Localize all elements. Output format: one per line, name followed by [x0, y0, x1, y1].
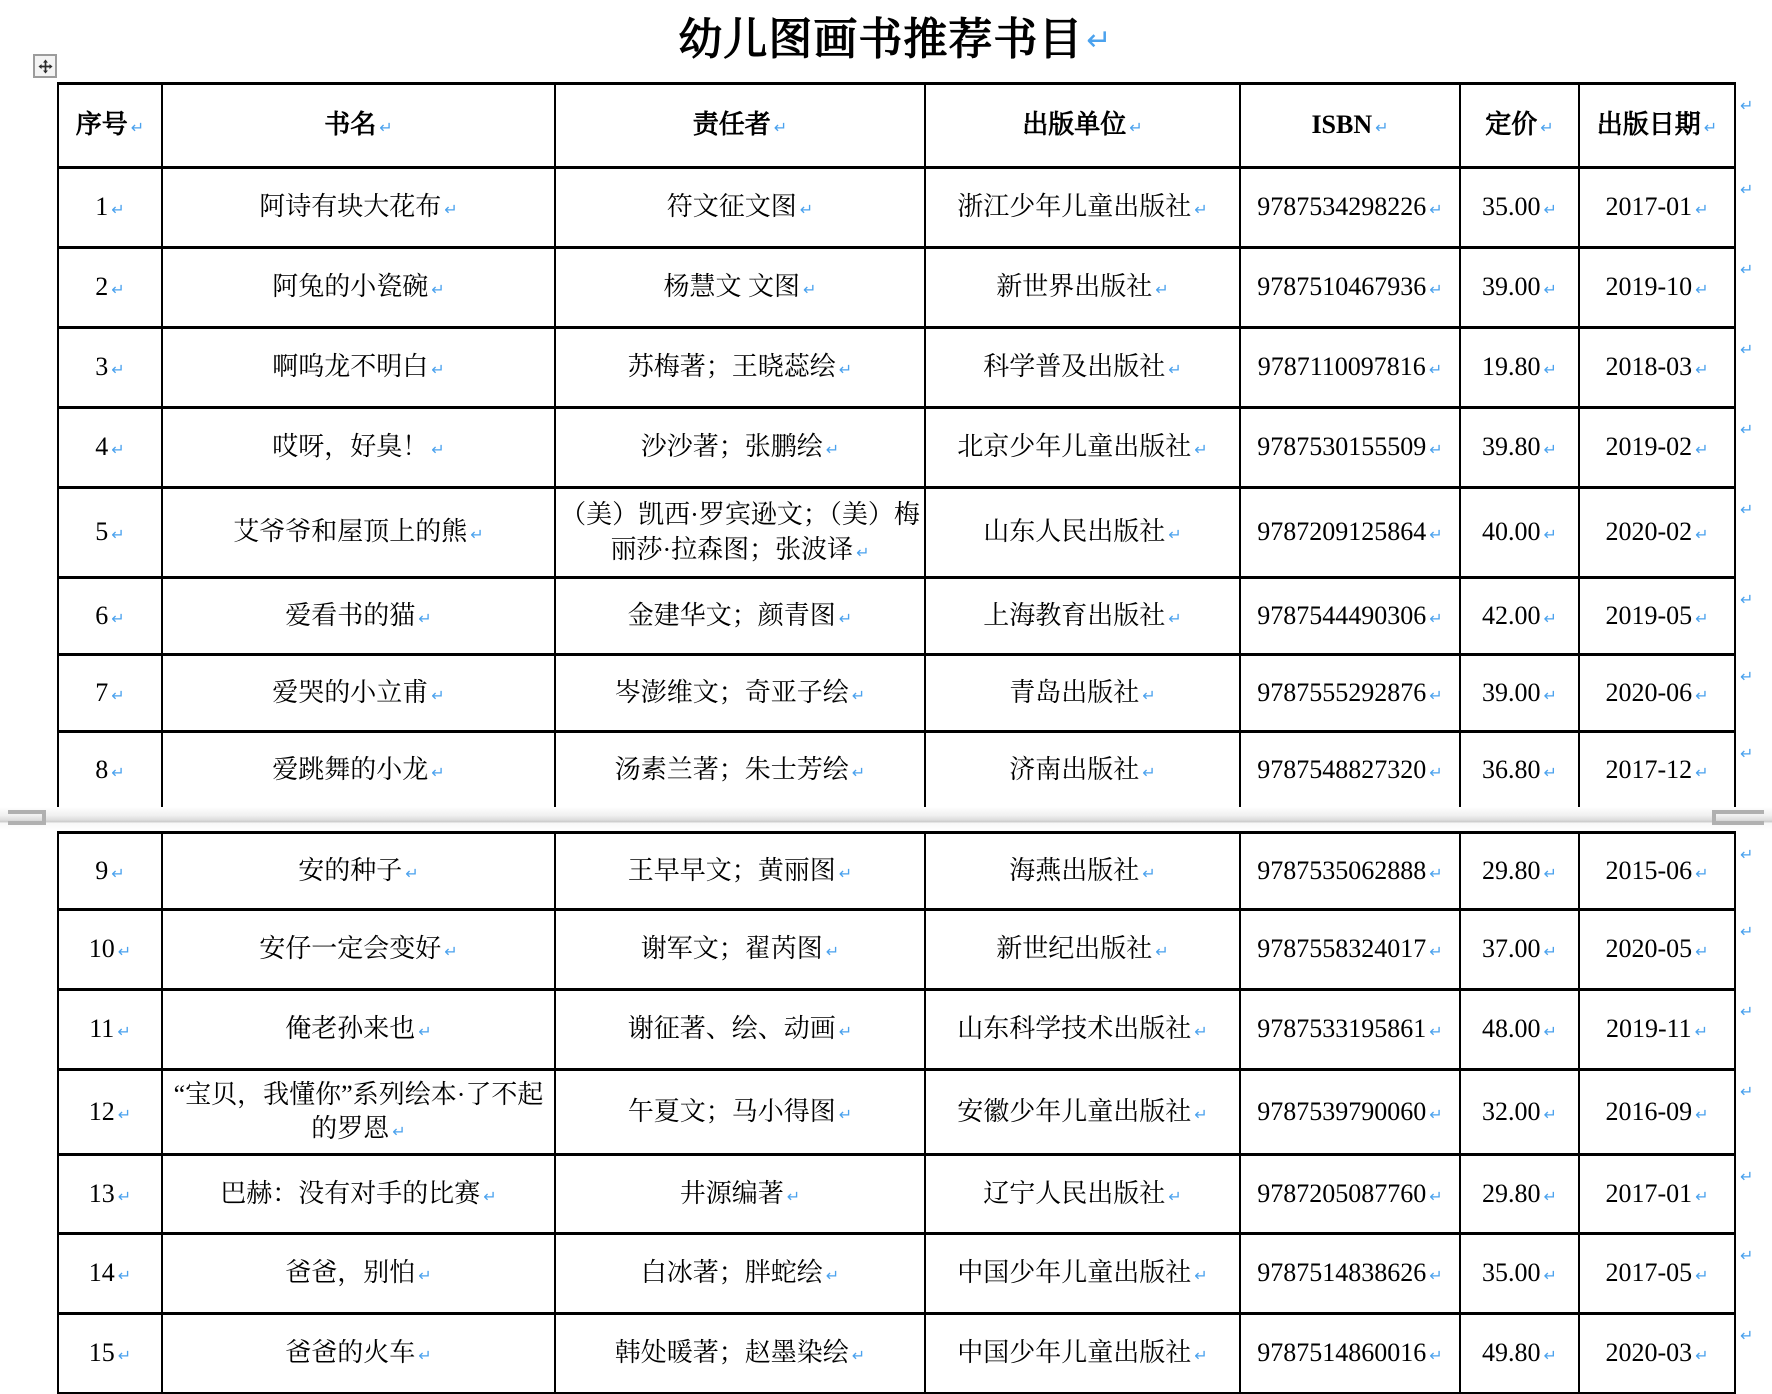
cell-text: 爸爸的火车: [285, 1338, 415, 1367]
paragraph-mark-icon: ↵: [1194, 1105, 1207, 1124]
paragraph-mark-icon: ↵: [111, 360, 124, 379]
paragraph-mark-icon: ↵: [405, 864, 418, 883]
paragraph-mark-icon: ↵: [1429, 525, 1442, 544]
cell-text: 山东人民出版社: [983, 517, 1165, 546]
cell-r8-isbn[interactable]: 9787548827320↵: [1240, 732, 1460, 809]
cell-r10-isbn[interactable]: 9787558324017↵: [1240, 910, 1460, 990]
cell-text: 9787110097816: [1258, 352, 1426, 381]
cell-r11-date[interactable]: 2019-11↵: [1579, 990, 1735, 1070]
cell-r4-publisher[interactable]: 北京少年儿童出版社↵: [925, 408, 1240, 488]
cell-text: 39.00: [1482, 678, 1541, 707]
cell-r5-price[interactable]: 40.00↵: [1460, 488, 1579, 578]
cell-r13-title[interactable]: 巴赫：没有对手的比赛↵: [162, 1155, 555, 1234]
cell-r1-isbn[interactable]: 9787534298226↵: [1240, 168, 1460, 248]
paragraph-mark-icon: ↵: [839, 360, 852, 379]
cell-text: 5: [95, 517, 108, 546]
cell-r6-title[interactable]: 爱看书的猫↵: [162, 578, 555, 655]
cell-r8-author[interactable]: 汤素兰著；朱士芳绘↵: [555, 732, 925, 809]
paragraph-mark-icon: ↵: [1540, 118, 1553, 137]
cell-text: 29.80: [1482, 1179, 1541, 1208]
cell-text: 9787558324017: [1257, 934, 1426, 963]
paragraph-mark-icon: ↵: [1194, 1022, 1207, 1041]
paragraph-mark-icon: ↵: [1695, 280, 1708, 299]
cell-r11-no[interactable]: 11↵: [58, 990, 162, 1070]
cell-r7-author[interactable]: 岑澎维文；奇亚子绘↵: [555, 655, 925, 732]
cell-text: 9787510467936: [1257, 272, 1426, 301]
cell-text: 安仔一定会变好: [259, 934, 441, 963]
page-break-right-corner-icon: [1712, 810, 1764, 825]
cell-text: 32.00: [1482, 1097, 1541, 1126]
cell-text: 9787514860016: [1257, 1338, 1426, 1367]
cell-text: 王早早文；黄丽图: [628, 856, 836, 885]
cell-r6-publisher[interactable]: 上海教育出版社↵: [925, 578, 1240, 655]
cell-r13-isbn[interactable]: 9787205087760↵: [1240, 1155, 1460, 1234]
end-of-row-mark-icon: ↵: [1740, 1326, 1753, 1345]
cell-r6-price[interactable]: 42.00↵: [1460, 578, 1579, 655]
paragraph-mark-icon: ↵: [1429, 200, 1442, 219]
cell-r1-publisher[interactable]: 浙江少年儿童出版社↵: [925, 168, 1240, 248]
cell-text: 9787530155509: [1257, 432, 1426, 461]
paragraph-mark-icon: ↵: [1429, 440, 1442, 459]
cell-r14-author[interactable]: 白冰著；胖蛇绘↵: [555, 1234, 925, 1314]
cell-text: 35.00: [1482, 192, 1541, 221]
cell-r3-isbn[interactable]: 9787110097816↵: [1240, 328, 1460, 408]
cell-text: 金建华文；颜青图: [628, 601, 836, 630]
paragraph-mark-icon: ↵: [1695, 1346, 1708, 1365]
cell-r6-no[interactable]: 6↵: [58, 578, 162, 655]
cell-r3-publisher[interactable]: 科学普及出版社↵: [925, 328, 1240, 408]
cell-text: 1: [95, 192, 108, 221]
cell-r12-date[interactable]: 2016-09↵: [1579, 1070, 1735, 1155]
table-row: 10↵安仔一定会变好↵谢军文；翟芮图↵新世纪出版社↵9787558324017↵…: [58, 910, 1735, 990]
cell-r15-title[interactable]: 爸爸的火车↵: [162, 1314, 555, 1394]
end-of-row-mark-icon: ↵: [1740, 744, 1753, 763]
cell-r9-title[interactable]: 安的种子↵: [162, 833, 555, 910]
paragraph-mark-icon: ↵: [1142, 864, 1155, 883]
cell-text: 2017-01: [1605, 1179, 1692, 1208]
cell-text: 7: [95, 678, 108, 707]
cell-text: 39.00: [1482, 272, 1541, 301]
cell-r9-isbn[interactable]: 9787535062888↵: [1240, 833, 1460, 910]
paragraph-mark-icon: ↵: [1544, 1346, 1557, 1365]
paragraph-mark-icon: ↵: [1695, 686, 1708, 705]
cell-r4-isbn[interactable]: 9787530155509↵: [1240, 408, 1460, 488]
cell-text: 10: [89, 934, 115, 963]
paragraph-mark-icon: ↵: [1695, 1266, 1708, 1285]
cell-r2-price[interactable]: 39.00↵: [1460, 248, 1579, 328]
cell-r7-no[interactable]: 7↵: [58, 655, 162, 732]
cell-r4-date[interactable]: 2019-02↵: [1579, 408, 1735, 488]
cell-r10-no[interactable]: 10↵: [58, 910, 162, 990]
paragraph-mark-icon: ↵: [1429, 360, 1442, 379]
cell-text: 9787533195861: [1257, 1014, 1426, 1043]
cell-text: 山东科学技术出版社: [957, 1014, 1191, 1043]
cell-r2-author[interactable]: 杨慧文 文图↵: [555, 248, 925, 328]
paragraph-mark-icon: ↵: [418, 609, 431, 628]
header-author[interactable]: 责任者↵: [555, 84, 925, 168]
cell-r13-price[interactable]: 29.80↵: [1460, 1155, 1579, 1234]
cell-text: 新世纪出版社: [996, 934, 1152, 963]
paragraph-mark-icon: ↵: [118, 1266, 131, 1285]
paragraph-mark-icon: ↵: [1429, 1346, 1442, 1365]
paragraph-mark-icon: ↵: [431, 686, 444, 705]
cell-text: 中国少年儿童出版社: [957, 1338, 1191, 1367]
table-row: 7↵爱哭的小立甫↵岑澎维文；奇亚子绘↵青岛出版社↵9787555292876↵3…: [58, 655, 1735, 732]
header-no[interactable]: 序号↵: [58, 84, 162, 168]
paragraph-mark-icon: ↵: [418, 1266, 431, 1285]
paragraph-mark-icon: ↵: [111, 864, 124, 883]
cell-r12-title[interactable]: “宝贝，我懂你”系列绘本·了不起的罗恩↵: [162, 1070, 555, 1155]
paragraph-mark-icon: ↵: [1695, 609, 1708, 628]
paragraph-mark-icon: ↵: [1429, 864, 1442, 883]
end-of-row-mark-icon: ↵: [1740, 420, 1753, 439]
paragraph-mark-icon: ↵: [839, 1022, 852, 1041]
cell-r14-price[interactable]: 35.00↵: [1460, 1234, 1579, 1314]
table-row: 15↵爸爸的火车↵韩处暖著；赵墨染绘↵中国少年儿童出版社↵97875148600…: [58, 1314, 1735, 1394]
paragraph-mark-icon: ↵: [118, 1105, 131, 1124]
cell-r6-author[interactable]: 金建华文；颜青图↵: [555, 578, 925, 655]
cell-text: 安的种子: [298, 856, 402, 885]
paragraph-mark-icon: ↵: [1194, 440, 1207, 459]
cell-r9-price[interactable]: 29.80↵: [1460, 833, 1579, 910]
cell-text: 2020-03: [1605, 1338, 1692, 1367]
cell-text: 12: [89, 1097, 115, 1126]
cell-r14-date[interactable]: 2017-05↵: [1579, 1234, 1735, 1314]
cell-r2-publisher[interactable]: 新世界出版社↵: [925, 248, 1240, 328]
cell-r4-price[interactable]: 39.80↵: [1460, 408, 1579, 488]
paragraph-mark-icon: ↵: [418, 1022, 431, 1041]
paragraph-mark-icon: ↵: [1142, 686, 1155, 705]
cell-text: 爱看书的猫: [285, 601, 415, 630]
paragraph-mark-icon: ↵: [379, 118, 392, 137]
cell-r6-date[interactable]: 2019-05↵: [1579, 578, 1735, 655]
cell-text: 29.80: [1482, 856, 1541, 885]
cell-text: 15: [89, 1338, 115, 1367]
cell-r8-price[interactable]: 36.80↵: [1460, 732, 1579, 809]
end-of-row-mark-icon: ↵: [1740, 845, 1753, 864]
cell-text: 49.80: [1482, 1338, 1541, 1367]
header-isbn[interactable]: ISBN↵: [1240, 84, 1460, 168]
cell-r2-no[interactable]: 2↵: [58, 248, 162, 328]
cell-r6-isbn[interactable]: 9787544490306↵: [1240, 578, 1460, 655]
cell-r8-title[interactable]: 爱跳舞的小龙↵: [162, 732, 555, 809]
paragraph-mark-icon: ↵: [1168, 525, 1181, 544]
cell-r2-date[interactable]: 2019-10↵: [1579, 248, 1735, 328]
paragraph-mark-icon: ↵: [1695, 864, 1708, 883]
paragraph-mark-icon: ↵: [1695, 1105, 1708, 1124]
cell-r11-isbn[interactable]: 9787533195861↵: [1240, 990, 1460, 1070]
paragraph-mark-icon: ↵: [418, 1346, 431, 1365]
paragraph-mark-icon: ↵: [839, 864, 852, 883]
cell-r15-author[interactable]: 韩处暖著；赵墨染绘↵: [555, 1314, 925, 1394]
cell-r1-title[interactable]: 阿诗有块大花布↵: [162, 168, 555, 248]
cell-r14-isbn[interactable]: 9787514838626↵: [1240, 1234, 1460, 1314]
paragraph-mark-icon: ↵: [826, 440, 839, 459]
cell-r13-no[interactable]: 13↵: [58, 1155, 162, 1234]
paragraph-mark-icon: ↵: [111, 686, 124, 705]
cell-text: 2020-05: [1605, 934, 1692, 963]
paragraph-mark-icon: ↵: [800, 200, 813, 219]
cell-r4-title[interactable]: 哎呀，好臭！↵: [162, 408, 555, 488]
cell-text: 3: [95, 352, 108, 381]
cell-text: 9787205087760: [1257, 1179, 1426, 1208]
header-label: 出版日期: [1597, 110, 1701, 139]
paragraph-mark-icon: ↵: [1155, 280, 1168, 299]
end-of-row-mark-icon: ↵: [1740, 260, 1753, 279]
paragraph-mark-icon: ↵: [852, 1346, 865, 1365]
cell-text: 39.80: [1482, 432, 1541, 461]
cell-text: 2017-12: [1605, 755, 1692, 784]
table-row: 12↵“宝贝，我懂你”系列绘本·了不起的罗恩↵午夏文；马小得图↵安徽少年儿童出版…: [58, 1070, 1735, 1155]
cell-r12-no[interactable]: 12↵: [58, 1070, 162, 1155]
cell-text: 哎呀，好臭！: [272, 432, 428, 461]
cell-r9-publisher[interactable]: 海燕出版社↵: [925, 833, 1240, 910]
header-label: 书名: [324, 110, 376, 139]
cell-r5-title[interactable]: 艾爷爷和屋顶上的熊↵: [162, 488, 555, 578]
cell-r3-price[interactable]: 19.80↵: [1460, 328, 1579, 408]
paragraph-mark-icon: ↵: [1695, 360, 1708, 379]
header-price[interactable]: 定价↵: [1460, 84, 1579, 168]
table-row: 14↵爸爸，别怕↵白冰著；胖蛇绘↵中国少年儿童出版社↵9787514838626…: [58, 1234, 1735, 1314]
cell-r13-publisher[interactable]: 辽宁人民出版社↵: [925, 1155, 1240, 1234]
cell-text: 2019-11: [1606, 1014, 1692, 1043]
paragraph-mark-icon: ↵: [111, 525, 124, 544]
cell-r9-date[interactable]: 2015-06↵: [1579, 833, 1735, 910]
end-of-row-mark-icon: ↵: [1740, 96, 1753, 115]
cell-r10-title[interactable]: 安仔一定会变好↵: [162, 910, 555, 990]
paragraph-mark-icon: ↵: [1155, 942, 1168, 961]
cell-r8-no[interactable]: 8↵: [58, 732, 162, 809]
header-label: 出版单位: [1022, 110, 1126, 139]
end-of-row-mark-icon: ↵: [1740, 1167, 1753, 1186]
cell-text: 36.80: [1482, 755, 1541, 784]
cell-text: 浙江少年儿童出版社: [957, 192, 1191, 221]
cell-text: 爸爸，别怕: [285, 1258, 415, 1287]
cell-text: 符文征文图: [667, 192, 797, 221]
paragraph-mark-icon: ↵: [1429, 1105, 1442, 1124]
header-date[interactable]: 出版日期↵: [1579, 84, 1735, 168]
cell-text: 6: [95, 601, 108, 630]
cell-r11-price[interactable]: 48.00↵: [1460, 990, 1579, 1070]
cell-r5-author[interactable]: （美）凯西·罗宾逊文；（美）梅丽莎·拉森图；张波译↵: [555, 488, 925, 578]
cell-text: 48.00: [1482, 1014, 1541, 1043]
cell-r15-date[interactable]: 2020-03↵: [1579, 1314, 1735, 1394]
cell-text: 爱哭的小立甫: [272, 678, 428, 707]
cell-r2-isbn[interactable]: 9787510467936↵: [1240, 248, 1460, 328]
cell-r4-author[interactable]: 沙沙著；张鹏绘↵: [555, 408, 925, 488]
cell-r5-isbn[interactable]: 9787209125864↵: [1240, 488, 1460, 578]
table-header-row: 序号↵书名↵责任者↵出版单位↵ISBN↵定价↵出版日期↵: [58, 84, 1735, 168]
cell-r10-date[interactable]: 2020-05↵: [1579, 910, 1735, 990]
paragraph-mark-icon: ↵: [117, 1022, 130, 1041]
document-title[interactable]: 幼儿图画书推荐书目↵: [57, 14, 1734, 67]
cell-r7-isbn[interactable]: 9787555292876↵: [1240, 655, 1460, 732]
cell-r1-no[interactable]: 1↵: [58, 168, 162, 248]
cell-r12-author[interactable]: 午夏文；马小得图↵: [555, 1070, 925, 1155]
cell-r7-price[interactable]: 39.00↵: [1460, 655, 1579, 732]
document-page: 幼儿图画书推荐书目↵ 序号↵书名↵责任者↵出版单位↵ISBN↵定价↵出版日期↵ …: [0, 0, 1772, 1394]
cell-text: 2019-05: [1605, 601, 1692, 630]
cell-r7-title[interactable]: 爱哭的小立甫↵: [162, 655, 555, 732]
end-of-row-mark-icon: ↵: [1740, 1246, 1753, 1265]
cell-text: 中国少年儿童出版社: [957, 1258, 1191, 1287]
cell-r5-no[interactable]: 5↵: [58, 488, 162, 578]
paragraph-mark-icon: ↵: [1704, 118, 1717, 137]
cell-r14-no[interactable]: 14↵: [58, 1234, 162, 1314]
paragraph-mark-icon: ↵: [1544, 686, 1557, 705]
cell-r8-date[interactable]: 2017-12↵: [1579, 732, 1735, 809]
cell-text: 2020-06: [1605, 678, 1692, 707]
cell-r13-date[interactable]: 2017-01↵: [1579, 1155, 1735, 1234]
cell-r9-author[interactable]: 王早早文；黄丽图↵: [555, 833, 925, 910]
paragraph-mark-icon: ↵: [1168, 609, 1181, 628]
cell-text: 8: [95, 755, 108, 784]
book-table-page1: 序号↵书名↵责任者↵出版单位↵ISBN↵定价↵出版日期↵ 1↵阿诗有块大花布↵符…: [57, 82, 1736, 810]
cell-r11-author[interactable]: 谢征著、绘、动画↵: [555, 990, 925, 1070]
cell-r12-isbn[interactable]: 9787539790060↵: [1240, 1070, 1460, 1155]
cell-text: 2016-09: [1605, 1097, 1692, 1126]
cell-r8-publisher[interactable]: 济南出版社↵: [925, 732, 1240, 809]
cell-text: 9787514838626: [1257, 1258, 1426, 1287]
cell-text: 俺老孙来也: [285, 1014, 415, 1043]
cell-text: 9787209125864: [1257, 517, 1426, 546]
cell-text: 阿兔的小瓷碗: [272, 272, 428, 301]
table-row: 9↵安的种子↵王早早文；黄丽图↵海燕出版社↵9787535062888↵29.8…: [58, 833, 1735, 910]
cell-text: 42.00: [1482, 601, 1541, 630]
paragraph-mark-icon: ↵: [1429, 1187, 1442, 1206]
cell-r9-no[interactable]: 9↵: [58, 833, 162, 910]
cell-r1-author[interactable]: 符文征文图↵: [555, 168, 925, 248]
cell-text: 9787539790060: [1257, 1097, 1426, 1126]
paragraph-mark-icon: ↵: [1194, 1266, 1207, 1285]
paragraph-mark-icon: ↵: [1429, 280, 1442, 299]
cell-r10-publisher[interactable]: 新世纪出版社↵: [925, 910, 1240, 990]
cell-r3-no[interactable]: 3↵: [58, 328, 162, 408]
paragraph-mark-icon: ↵: [392, 1122, 405, 1141]
cell-r14-title[interactable]: 爸爸，别怕↵: [162, 1234, 555, 1314]
cell-r15-publisher[interactable]: 中国少年儿童出版社↵: [925, 1314, 1240, 1394]
table-row: 6↵爱看书的猫↵金建华文；颜青图↵上海教育出版社↵9787544490306↵4…: [58, 578, 1735, 655]
cell-text: 19.80: [1482, 352, 1541, 381]
cell-text: 韩处暖著；赵墨染绘: [615, 1338, 849, 1367]
paragraph-mark-icon: ↵: [1168, 1187, 1181, 1206]
cell-text: 谢军文；翟芮图: [641, 934, 823, 963]
page-break: [0, 807, 1772, 831]
header-label: 序号: [76, 110, 128, 139]
cell-r1-price[interactable]: 35.00↵: [1460, 168, 1579, 248]
cell-text: 济南出版社: [1009, 755, 1139, 784]
end-of-row-mark-icon: ↵: [1740, 667, 1753, 686]
paragraph-mark-icon: ↵: [444, 942, 457, 961]
cell-text: 午夏文；马小得图: [628, 1097, 836, 1126]
paragraph-mark-icon: ↵: [1429, 609, 1442, 628]
cell-r2-title[interactable]: 阿兔的小瓷碗↵: [162, 248, 555, 328]
cell-r13-author[interactable]: 井源编著↵: [555, 1155, 925, 1234]
paragraph-mark-icon: ↵: [826, 1266, 839, 1285]
cell-r15-isbn[interactable]: 9787514860016↵: [1240, 1314, 1460, 1394]
paragraph-mark-icon: ↵: [839, 1105, 852, 1124]
paragraph-mark-icon: ↵: [1544, 1266, 1557, 1285]
cell-text: 9787534298226: [1257, 192, 1426, 221]
cell-text: 岑澎维文；奇亚子绘: [615, 678, 849, 707]
table-row: 13↵巴赫：没有对手的比赛↵井源编著↵辽宁人民出版社↵9787205087760…: [58, 1155, 1735, 1234]
cell-text: 9: [95, 856, 108, 885]
cell-r10-author[interactable]: 谢军文；翟芮图↵: [555, 910, 925, 990]
paragraph-mark-icon: ↵: [1544, 525, 1557, 544]
paragraph-mark-icon: ↵: [1544, 440, 1557, 459]
paragraph-mark-icon: ↵: [774, 118, 787, 137]
cell-text: 4: [95, 432, 108, 461]
cell-text: 2015-06: [1605, 856, 1692, 885]
end-of-row-mark-icon: ↵: [1740, 340, 1753, 359]
paragraph-mark-icon: ↵: [1375, 118, 1388, 137]
cell-r1-date[interactable]: 2017-01↵: [1579, 168, 1735, 248]
cell-r11-publisher[interactable]: 山东科学技术出版社↵: [925, 990, 1240, 1070]
cell-text: 2019-10: [1605, 272, 1692, 301]
cell-text: 杨慧文 文图: [664, 272, 801, 301]
table-move-handle[interactable]: [33, 54, 57, 78]
cell-r3-title[interactable]: 啊呜龙不明白↵: [162, 328, 555, 408]
cell-r12-price[interactable]: 32.00↵: [1460, 1070, 1579, 1155]
paragraph-mark-icon: ↵: [131, 118, 144, 137]
paragraph-mark-icon: ↵: [1544, 280, 1557, 299]
cell-r12-publisher[interactable]: 安徽少年儿童出版社↵: [925, 1070, 1240, 1155]
cell-text: 谢征著、绘、动画: [628, 1014, 836, 1043]
book-table-page2: 9↵安的种子↵王早早文；黄丽图↵海燕出版社↵9787535062888↵29.8…: [57, 831, 1736, 1394]
cell-text: 沙沙著；张鹏绘: [641, 432, 823, 461]
cell-r14-publisher[interactable]: 中国少年儿童出版社↵: [925, 1234, 1240, 1314]
header-publisher[interactable]: 出版单位↵: [925, 84, 1240, 168]
header-label: ISBN: [1311, 110, 1372, 139]
cell-r4-no[interactable]: 4↵: [58, 408, 162, 488]
paragraph-mark-icon: ↵: [787, 1187, 800, 1206]
cell-r10-price[interactable]: 37.00↵: [1460, 910, 1579, 990]
page-break-left-corner-icon: [8, 810, 46, 825]
cell-text: 辽宁人民出版社: [983, 1179, 1165, 1208]
header-label: 责任者: [693, 110, 771, 139]
cell-text: 9787535062888: [1257, 856, 1426, 885]
cell-r3-author[interactable]: 苏梅著；王晓蕊绘↵: [555, 328, 925, 408]
cell-text: 啊呜龙不明白: [272, 352, 428, 381]
cell-r5-publisher[interactable]: 山东人民出版社↵: [925, 488, 1240, 578]
cell-text: 青岛出版社: [1009, 678, 1139, 707]
cell-text: 上海教育出版社: [983, 601, 1165, 630]
cell-r15-no[interactable]: 15↵: [58, 1314, 162, 1394]
paragraph-mark-icon: ↵: [111, 200, 124, 219]
header-title[interactable]: 书名↵: [162, 84, 555, 168]
paragraph-mark-icon: ↵: [431, 280, 444, 299]
paragraph-mark-icon: ↵: [1544, 763, 1557, 782]
cell-text: 2: [95, 272, 108, 301]
paragraph-mark-icon: ↵: [1194, 200, 1207, 219]
cell-r15-price[interactable]: 49.80↵: [1460, 1314, 1579, 1394]
paragraph-mark-icon: ↵: [1695, 200, 1708, 219]
cell-text: 科学普及出版社: [983, 352, 1165, 381]
cell-text: 苏梅著；王晓蕊绘: [628, 352, 836, 381]
paragraph-mark-icon: ↵: [803, 280, 816, 299]
cell-text: 9787544490306: [1257, 601, 1426, 630]
cell-text: 汤素兰著；朱士芳绘: [615, 755, 849, 784]
cell-r5-date[interactable]: 2020-02↵: [1579, 488, 1735, 578]
cell-r3-date[interactable]: 2018-03↵: [1579, 328, 1735, 408]
paragraph-mark-icon: ↵: [431, 763, 444, 782]
cell-text: 新世界出版社: [996, 272, 1152, 301]
cell-r11-title[interactable]: 俺老孙来也↵: [162, 990, 555, 1070]
paragraph-mark-icon: ↵: [1695, 440, 1708, 459]
cell-r7-publisher[interactable]: 青岛出版社↵: [925, 655, 1240, 732]
cell-r7-date[interactable]: 2020-06↵: [1579, 655, 1735, 732]
cell-text: 37.00: [1482, 934, 1541, 963]
